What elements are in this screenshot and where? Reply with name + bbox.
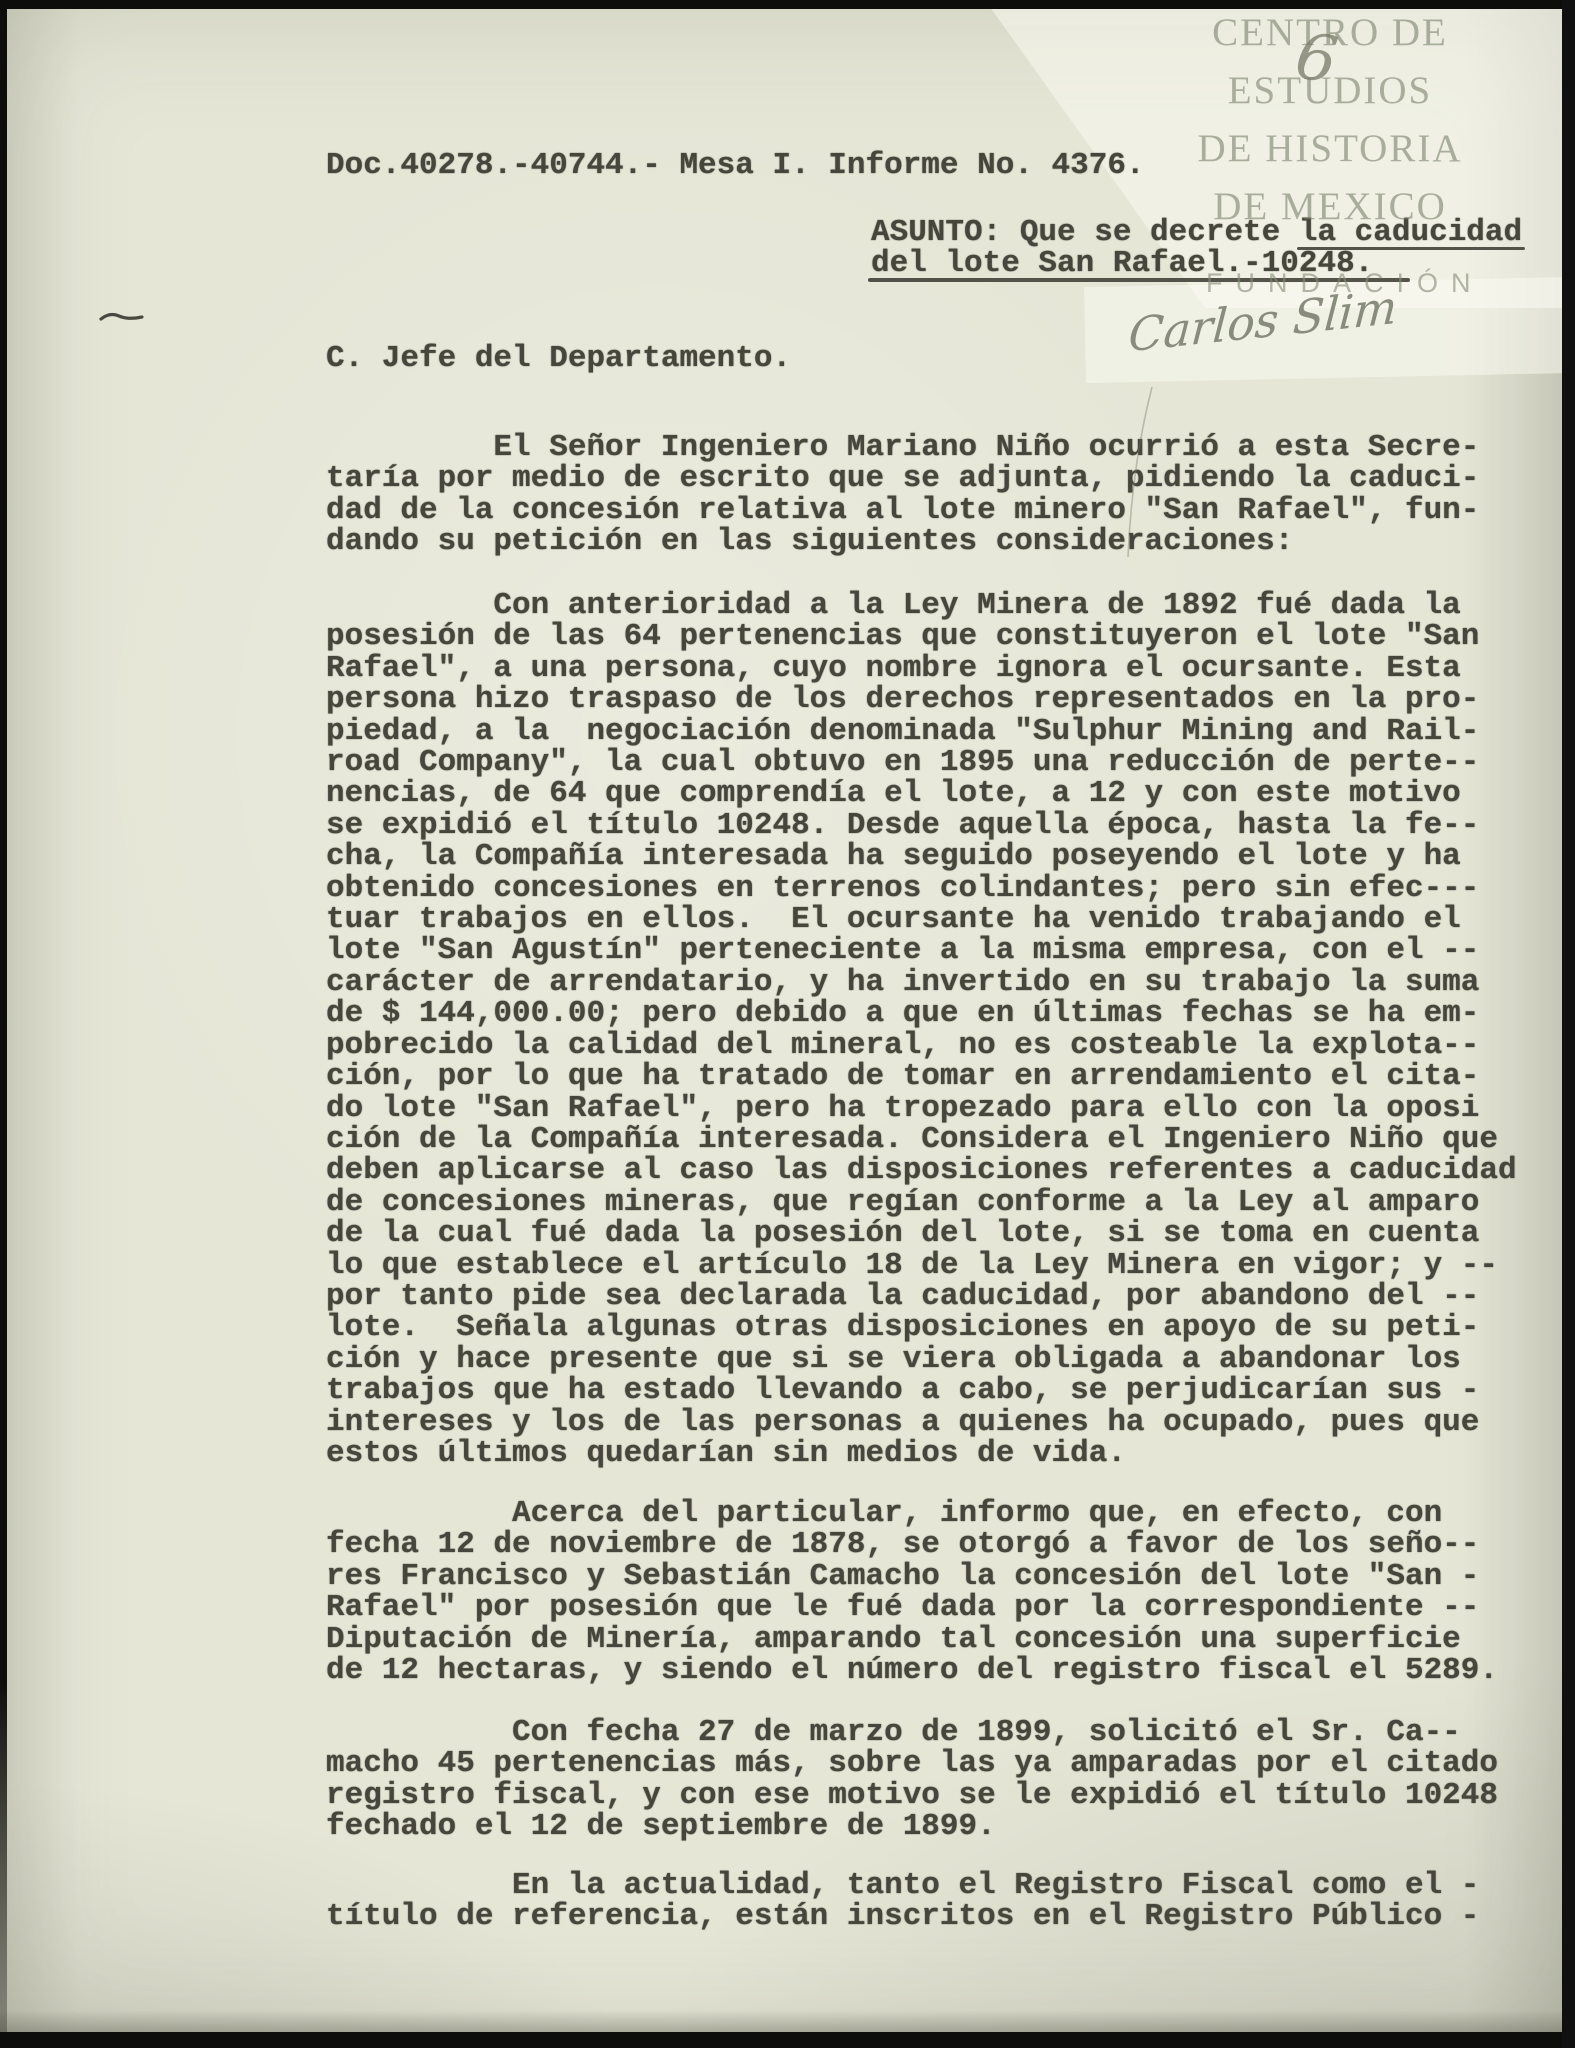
paragraph-1: El Señor Ingeniero Mariano Niño ocurrió …: [326, 432, 1479, 558]
scanned-document-page: Doc.40278.-40744.- Mesa I. Informe No. 4…: [0, 0, 1575, 2048]
salutation: C. Jefe del Departamento.: [326, 343, 791, 374]
scan-edge-left: [0, 0, 7, 2048]
subject-underline-line1: [1297, 247, 1525, 250]
pen-mark: [98, 308, 146, 326]
paragraph-3: Acerca del particular, informo que, en e…: [326, 1498, 1498, 1686]
reference-line: Doc.40278.-40744.- Mesa I. Informe No. 4…: [326, 150, 1145, 181]
paragraph-2: Con anterioridad a la Ley Minera de 1892…: [326, 590, 1517, 1469]
paragraph-5: En la actualidad, tanto el Registro Fisc…: [326, 1870, 1479, 1933]
paragraph-4: Con fecha 27 de marzo de 1899, solicitó …: [326, 1717, 1498, 1843]
scan-edge-top: [0, 0, 1575, 9]
watermark-line-4: DE MEXICO: [1150, 184, 1510, 229]
scan-edge-bottom-shadow: [0, 2010, 1575, 2032]
scan-edge-right: [1562, 0, 1575, 2048]
scan-edge-bottom: [0, 2032, 1575, 2048]
watermark-line-3: DE HISTORIA: [1150, 126, 1510, 171]
